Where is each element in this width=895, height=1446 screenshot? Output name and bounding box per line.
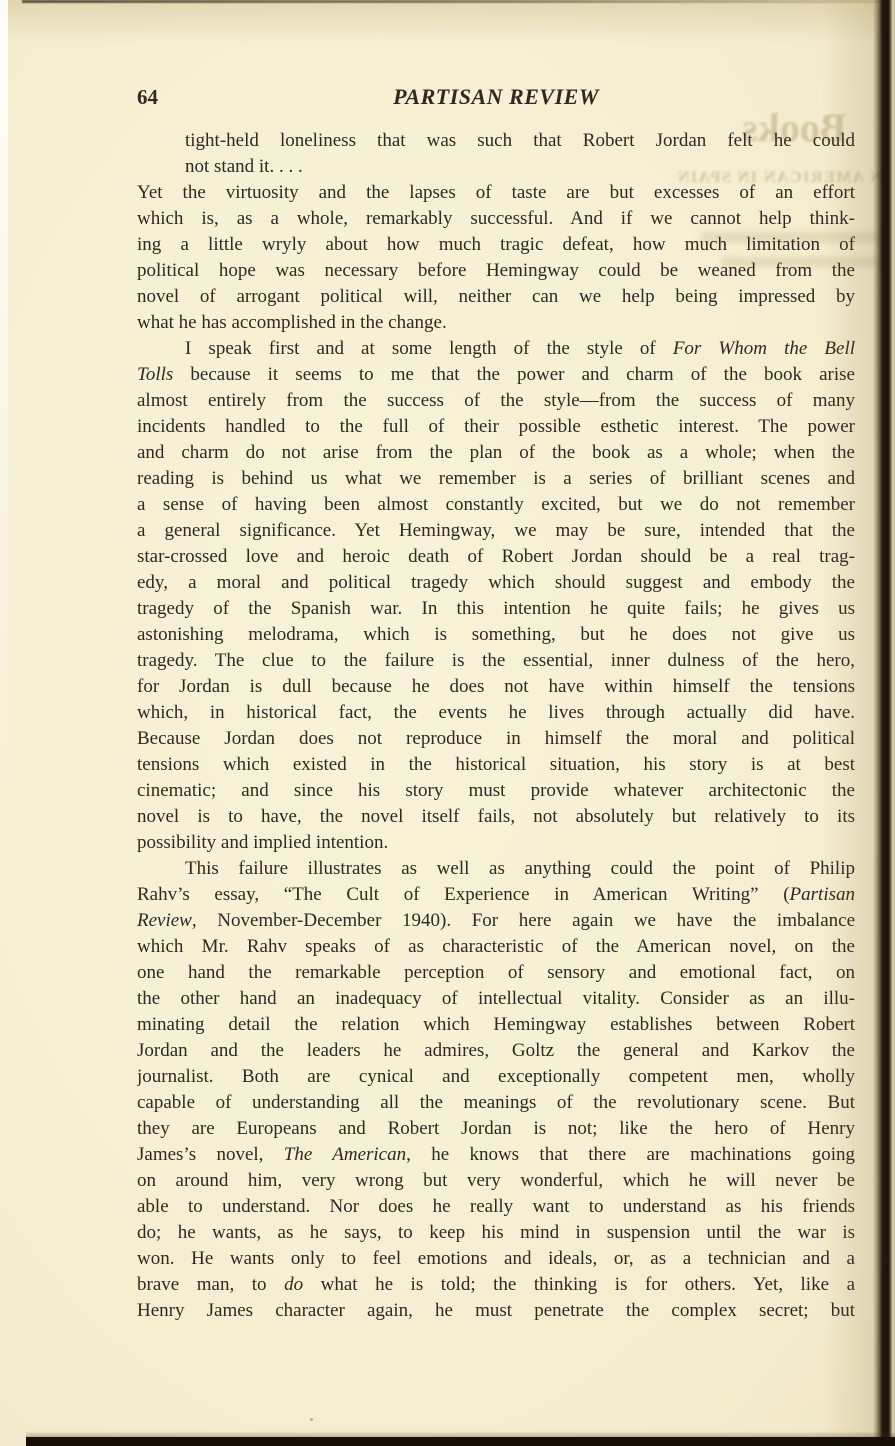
text-line: novel of arrogant political will, neithe…: [137, 284, 855, 310]
paragraph: I speak first and at some length of the …: [137, 336, 855, 856]
paper-speck: [310, 1418, 313, 1421]
text-line: Rahv’s essay, “The Cult of Experience in…: [137, 882, 855, 908]
text-line: This failure illustrates as well as anyt…: [137, 856, 855, 882]
page-gutter-shadow: [821, 0, 879, 1437]
scan-left-edge: [0, 0, 8, 839]
text-line: a sense of having been almost constantly…: [137, 492, 855, 518]
text-line: which Mr. Rahv speaks of as characterist…: [137, 934, 855, 960]
paragraph: This failure illustrates as well as anyt…: [137, 856, 855, 1324]
text-line: ing a little wryly about how much tragic…: [137, 232, 855, 258]
text-line: a general significance. Yet Hemingway, w…: [137, 518, 855, 544]
paragraph: Yet the virtuosity and the lapses of tas…: [137, 180, 855, 336]
text-line: astonishing melodrama, which is somethin…: [137, 622, 855, 648]
text-line: star-crossed love and heroic death of Ro…: [137, 544, 855, 570]
text-line: reading is behind us what we remember is…: [137, 466, 855, 492]
text-line: edy, a moral and political tragedy which…: [137, 570, 855, 596]
text-line: and charm do not arise from the plan of …: [137, 440, 855, 466]
text-line: which is, as a whole, remarkably success…: [137, 206, 855, 232]
text-line: tight-held loneliness that was such that…: [185, 128, 855, 154]
text-line: James’s novel, The American, he knows th…: [137, 1142, 855, 1168]
text-line: on around him, very wrong but very wonde…: [137, 1168, 855, 1194]
text-line: tragedy of the Spanish war. In this inte…: [137, 596, 855, 622]
running-head: 64 PARTISAN REVIEW: [137, 84, 855, 110]
text-line: I speak first and at some length of the …: [137, 336, 855, 362]
text-line: do; he wants, as he says, to keep his mi…: [137, 1220, 855, 1246]
text-line: they are Europeans and Robert Jordan is …: [137, 1116, 855, 1142]
text-line: novel is to have, the novel itself fails…: [137, 804, 855, 830]
journal-title: PARTISAN REVIEW: [137, 84, 855, 110]
scan-bottom-edge: [26, 1437, 895, 1446]
text-line: Henry James character again, he must pen…: [137, 1298, 855, 1324]
text-line: brave man, to do what he is told; the th…: [137, 1272, 855, 1298]
text-line: capable of understanding all the meaning…: [137, 1090, 855, 1116]
text-line: possibility and implied intention.: [137, 830, 855, 856]
text-line: almost entirely from the success of the …: [137, 388, 855, 414]
page-text: tight-held loneliness that was such that…: [137, 128, 855, 1324]
scan-top-edge: [22, 0, 883, 3]
text-line: Yet the virtuosity and the lapses of tas…: [137, 180, 855, 206]
text-line: political hope was necessary before Hemi…: [137, 258, 855, 284]
scanned-page: Books AN AMERICAN IN SPAIN 64 PARTISAN R…: [0, 0, 895, 1446]
text-line: able to understand. Nor does he really w…: [137, 1194, 855, 1220]
text-line: Because Jordan does not reproduce in him…: [137, 726, 855, 752]
text-line: journalist. Both are cynical and excepti…: [137, 1064, 855, 1090]
text-line: tragedy. The clue to the failure is the …: [137, 648, 855, 674]
text-line: not stand it. . . .: [185, 154, 855, 180]
text-line: one hand the remarkable perception of se…: [137, 960, 855, 986]
text-line: the other hand an inadequacy of intellec…: [137, 986, 855, 1012]
book-gutter-edge: [873, 0, 895, 1446]
text-line: incidents handled to the full of their p…: [137, 414, 855, 440]
text-line: Tolls because it seems to me that the po…: [137, 362, 855, 388]
text-line: tensions which existed in the historical…: [137, 752, 855, 778]
text-line: cinematic; and since his story must prov…: [137, 778, 855, 804]
text-line: minating detail the relation which Hemin…: [137, 1012, 855, 1038]
text-line: which, in historical fact, the events he…: [137, 700, 855, 726]
text-line: Jordan and the leaders he admires, Goltz…: [137, 1038, 855, 1064]
text-line: what he has accomplished in the change.: [137, 310, 855, 336]
text-line: for Jordan is dull because he does not h…: [137, 674, 855, 700]
text-line: won. He wants only to feel emotions and …: [137, 1246, 855, 1272]
text-line: Review, November-December 1940). For her…: [137, 908, 855, 934]
scan-top-shade: [0, 0, 877, 44]
block-quote: tight-held loneliness that was such that…: [137, 128, 855, 180]
